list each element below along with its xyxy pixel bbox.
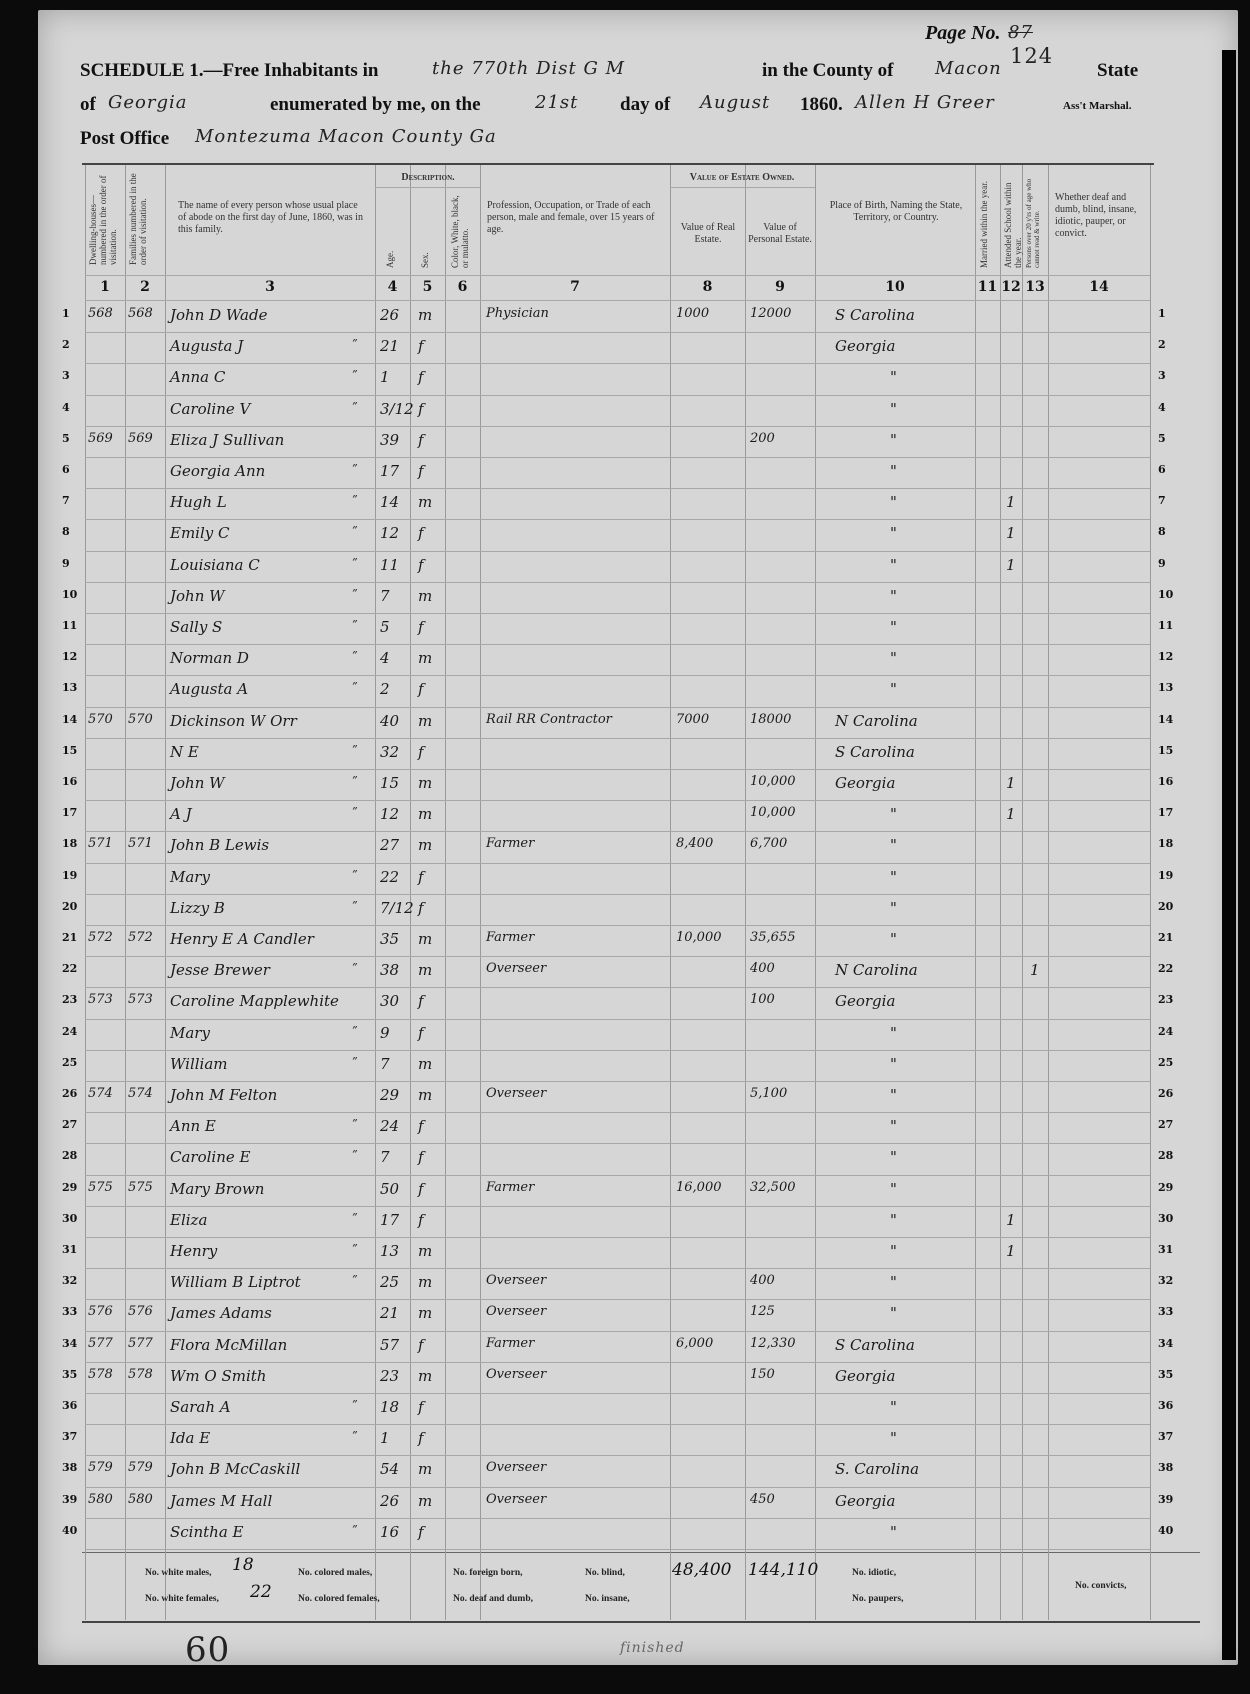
birthplace: S Carolina	[835, 743, 915, 761]
person-name: John B McCaskill	[170, 1460, 300, 1478]
age: 12	[380, 805, 399, 823]
row-number-right: 26	[1158, 1087, 1173, 1100]
ditto-mark: ”	[352, 1117, 358, 1130]
sex: f	[418, 680, 424, 698]
age: 39	[380, 431, 399, 449]
age: 4	[380, 649, 390, 667]
ditto-mark: ”	[352, 774, 358, 787]
deaf-dumb-label: No. deaf and dumb,	[453, 1594, 533, 1604]
col5-header: Sex.	[420, 240, 434, 268]
sex: f	[418, 556, 424, 574]
sex: m	[418, 712, 432, 730]
birthplace: "	[890, 899, 897, 917]
person-name: John B Lewis	[170, 836, 269, 854]
person-name: Caroline V	[170, 400, 250, 418]
person-name: Sally S	[170, 618, 222, 636]
person-name: John W	[170, 587, 225, 605]
foreign-born-label: No. foreign born,	[453, 1568, 523, 1578]
row-number-right: 3	[1158, 369, 1166, 382]
column-rule	[375, 165, 376, 1620]
row-number-left: 10	[62, 588, 77, 601]
age: 26	[380, 1492, 399, 1510]
person-name: William B Liptrot	[170, 1273, 301, 1291]
sex: f	[418, 618, 424, 636]
attended-school: 1	[1006, 774, 1016, 792]
occupation: Overseer	[486, 1086, 546, 1101]
birthplace: Georgia	[835, 992, 895, 1010]
column-number: 14	[1048, 279, 1150, 295]
occupation: Farmer	[486, 1336, 534, 1351]
birthplace: S Carolina	[835, 306, 915, 324]
row-rule	[85, 738, 1150, 739]
dwelling-number: 568	[88, 306, 113, 321]
row-number-right: 20	[1158, 900, 1173, 913]
row-rule	[85, 488, 1150, 489]
age: 15	[380, 774, 399, 792]
row-number-left: 19	[62, 869, 77, 882]
day-of-label: day of	[620, 94, 670, 116]
person-name: Hugh L	[170, 493, 227, 511]
sex: m	[418, 1367, 432, 1385]
sex: m	[418, 1086, 432, 1104]
sex: f	[418, 1429, 424, 1447]
family-number: 569	[128, 431, 153, 446]
row-rule	[85, 1175, 1150, 1176]
row-number-right: 39	[1158, 1493, 1173, 1506]
occupation: Rail RR Contractor	[486, 712, 612, 727]
row-rule	[85, 275, 1150, 276]
ditto-mark: ”	[352, 462, 358, 475]
row-number-right: 19	[1158, 869, 1173, 882]
ditto-mark: ”	[352, 556, 358, 569]
row-rule	[85, 395, 1150, 396]
person-name: Georgia Ann	[170, 462, 265, 480]
family-number: 574	[128, 1086, 153, 1101]
row-rule	[85, 1518, 1150, 1519]
sex: f	[418, 1024, 424, 1042]
person-name: John W	[170, 774, 225, 792]
row-rule	[85, 1237, 1150, 1238]
birthplace: "	[890, 1086, 897, 1104]
person-name: William	[170, 1055, 228, 1073]
page-number: 124	[1010, 44, 1053, 68]
sex: m	[418, 1055, 432, 1073]
dwelling-number: 579	[88, 1460, 113, 1475]
birthplace: "	[890, 556, 897, 574]
age: 7	[380, 587, 390, 605]
person-name: Louisiana C	[170, 556, 260, 574]
blind-label: No. blind,	[585, 1568, 625, 1578]
col9-header: Value of Personal Estate.	[748, 222, 812, 246]
column-rule	[1000, 165, 1001, 1620]
row-number-left: 30	[62, 1212, 77, 1225]
row-number-right: 28	[1158, 1149, 1173, 1162]
sex: m	[418, 930, 432, 948]
ditto-mark: ”	[352, 1055, 358, 1068]
age: 57	[380, 1336, 399, 1354]
column-rule	[480, 165, 481, 1620]
row-number-left: 36	[62, 1399, 77, 1412]
sex: f	[418, 868, 424, 886]
dwelling-number: 572	[88, 930, 113, 945]
sex: f	[418, 368, 424, 386]
row-rule	[85, 1487, 1150, 1488]
column-number: 12	[1000, 279, 1022, 295]
row-number-right: 9	[1158, 557, 1166, 570]
dwelling-number: 569	[88, 431, 113, 446]
person-name: Lizzy B	[170, 899, 225, 917]
row-number-right: 34	[1158, 1337, 1173, 1350]
col11-header: Married within the year.	[979, 172, 997, 268]
occupation: Overseer	[486, 961, 546, 976]
age: 18	[380, 1398, 399, 1416]
age: 40	[380, 712, 399, 730]
column-rule	[445, 165, 446, 1620]
person-name: Augusta J	[170, 337, 243, 355]
row-rule	[85, 551, 1150, 552]
personal-estate-value: 12,330	[750, 1336, 796, 1351]
row-number-left: 33	[62, 1305, 77, 1318]
dwelling-number: 577	[88, 1336, 113, 1351]
birthplace: "	[890, 1024, 897, 1042]
dwelling-number: 575	[88, 1180, 113, 1195]
row-number-left: 40	[62, 1524, 77, 1537]
attended-school: 1	[1006, 805, 1016, 823]
state-label: State	[1097, 60, 1138, 82]
person-name: Sarah A	[170, 1398, 231, 1416]
row-rule	[85, 426, 1150, 427]
table-top-rule	[82, 163, 1154, 165]
convicts-label: No. convicts,	[1075, 1581, 1126, 1591]
ditto-mark: ”	[352, 524, 358, 537]
birthplace: "	[890, 930, 897, 948]
row-number-left: 20	[62, 900, 77, 913]
ditto-mark: ”	[352, 493, 358, 506]
page-number-struck: 87	[1008, 22, 1033, 43]
age: 30	[380, 992, 399, 1010]
ditto-mark: ”	[352, 1242, 358, 1255]
birthplace: "	[890, 1180, 897, 1198]
row-number-left: 32	[62, 1274, 77, 1287]
birthplace: "	[890, 400, 897, 418]
person-name: A J	[170, 805, 192, 823]
row-number-right: 11	[1158, 619, 1173, 632]
row-number-right: 40	[1158, 1524, 1173, 1537]
row-number-left: 8	[62, 525, 70, 538]
person-name: Caroline E	[170, 1148, 250, 1166]
footer-count: 60	[185, 1630, 230, 1670]
column-number: 10	[815, 279, 975, 295]
row-rule	[85, 1362, 1150, 1363]
person-name: James Adams	[170, 1304, 272, 1322]
birthplace: "	[890, 1242, 897, 1260]
age: 7	[380, 1055, 390, 1073]
sex: f	[418, 337, 424, 355]
row-number-left: 4	[62, 401, 70, 414]
row-rule	[85, 1393, 1150, 1394]
person-name: Ann E	[170, 1117, 216, 1135]
row-number-right: 4	[1158, 401, 1166, 414]
row-number-right: 6	[1158, 463, 1166, 476]
row-rule	[85, 956, 1150, 957]
age: 17	[380, 462, 399, 480]
dwelling-number: 574	[88, 1086, 113, 1101]
row-number-right: 16	[1158, 775, 1173, 788]
attended-school: 1	[1006, 493, 1016, 511]
real-estate-value: 6,000	[676, 1336, 713, 1351]
row-number-right: 5	[1158, 432, 1166, 445]
birthplace: Georgia	[835, 1492, 895, 1510]
dwelling-number: 571	[88, 836, 113, 851]
birthplace: Georgia	[835, 337, 895, 355]
summary-top-rule	[82, 1552, 1200, 1553]
family-number: 571	[128, 836, 153, 851]
row-number-left: 12	[62, 650, 77, 663]
birthplace: N Carolina	[835, 712, 918, 730]
row-number-left: 15	[62, 744, 77, 757]
row-number-left: 2	[62, 338, 70, 351]
paupers-label: No. paupers,	[852, 1594, 903, 1604]
page-number-label: Page No.	[925, 22, 1001, 45]
birthplace: "	[890, 1398, 897, 1416]
row-number-left: 26	[62, 1087, 77, 1100]
row-number-left: 11	[62, 619, 77, 632]
attended-school: 1	[1006, 1242, 1016, 1260]
column-rule	[1150, 165, 1151, 1620]
personal-estate-value: 6,700	[750, 836, 787, 851]
row-number-left: 39	[62, 1493, 77, 1506]
personal-estate-value: 400	[750, 1273, 775, 1288]
birthplace: "	[890, 587, 897, 605]
birthplace: "	[890, 493, 897, 511]
person-name: Eliza	[170, 1211, 207, 1229]
row-number-left: 22	[62, 962, 77, 975]
column-rule	[410, 165, 411, 1620]
row-rule	[85, 519, 1150, 520]
sex: m	[418, 836, 432, 854]
row-number-right: 25	[1158, 1056, 1173, 1069]
occupation: Physician	[486, 306, 549, 321]
col2-header: Families numbered in the order of visita…	[128, 170, 160, 265]
person-name: Ida E	[170, 1429, 210, 1447]
row-rule	[85, 769, 1150, 770]
row-rule	[85, 457, 1150, 458]
person-name: Mary	[170, 1024, 210, 1042]
year-label: 1860.	[800, 94, 843, 116]
insane-label: No. insane,	[585, 1594, 630, 1604]
person-name: Wm O Smith	[170, 1367, 266, 1385]
birthplace: S Carolina	[835, 1336, 915, 1354]
age: 17	[380, 1211, 399, 1229]
column-rule	[1022, 165, 1023, 1620]
row-number-left: 16	[62, 775, 77, 788]
family-number: 580	[128, 1492, 153, 1507]
person-name: Mary Brown	[170, 1180, 264, 1198]
row-number-left: 35	[62, 1368, 77, 1381]
personal-estate-value: 100	[750, 992, 775, 1007]
column-rule	[670, 165, 671, 1620]
age: 26	[380, 306, 399, 324]
family-number: 579	[128, 1460, 153, 1475]
attended-school: 1	[1006, 556, 1016, 574]
birthplace: "	[890, 836, 897, 854]
birthplace: "	[890, 1148, 897, 1166]
dwelling-number: 578	[88, 1367, 113, 1382]
column-rule	[125, 165, 126, 1620]
sex: m	[418, 587, 432, 605]
row-rule	[85, 363, 1150, 364]
age: 1	[380, 368, 390, 386]
row-number-right: 13	[1158, 681, 1173, 694]
occupation: Overseer	[486, 1492, 546, 1507]
row-rule	[85, 1112, 1150, 1113]
person-name: Anna C	[170, 368, 225, 386]
row-number-left: 18	[62, 837, 77, 850]
sex: m	[418, 961, 432, 979]
birthplace: Georgia	[835, 1367, 895, 1385]
row-number-right: 8	[1158, 525, 1166, 538]
age: 25	[380, 1273, 399, 1291]
person-name: Henry	[170, 1242, 217, 1260]
person-name: N E	[170, 743, 199, 761]
row-number-left: 38	[62, 1461, 77, 1474]
row-number-right: 31	[1158, 1243, 1173, 1256]
attended-school: 1	[1006, 1211, 1016, 1229]
sex: m	[418, 805, 432, 823]
row-number-left: 27	[62, 1118, 77, 1131]
row-rule	[85, 831, 1150, 832]
person-name: John M Felton	[170, 1086, 277, 1104]
column-number: 4	[375, 279, 410, 295]
sex: f	[418, 1336, 424, 1354]
personal-estate-value: 200	[750, 431, 775, 446]
ditto-mark: ”	[352, 1398, 358, 1411]
column-number: 5	[410, 279, 445, 295]
row-rule	[85, 800, 1150, 801]
schedule-title: SCHEDULE 1.—Free Inhabitants in	[80, 60, 378, 82]
description-group-header: Description.	[378, 172, 478, 184]
person-name: Caroline Mapplewhite	[170, 992, 339, 1010]
personal-estate-value: 450	[750, 1492, 775, 1507]
sex: f	[418, 1211, 424, 1229]
sex: m	[418, 1242, 432, 1260]
birthplace: "	[890, 1429, 897, 1447]
header-rule	[85, 300, 1150, 301]
ditto-mark: ”	[352, 400, 358, 413]
row-rule	[85, 894, 1150, 895]
row-number-right: 1	[1158, 307, 1166, 320]
row-number-left: 3	[62, 369, 70, 382]
family-number: 568	[128, 306, 153, 321]
sex: f	[418, 1117, 424, 1135]
age: 22	[380, 868, 399, 886]
row-number-right: 22	[1158, 962, 1173, 975]
row-rule	[85, 1019, 1150, 1020]
ditto-mark: ”	[352, 1211, 358, 1224]
personal-estate-value: 5,100	[750, 1086, 787, 1101]
age: 27	[380, 836, 399, 854]
real-estate-value: 10,000	[676, 930, 722, 945]
page-edge-shadow	[1222, 50, 1236, 1660]
real-estate-value: 16,000	[676, 1180, 722, 1195]
ditto-mark: ”	[352, 337, 358, 350]
col1-header: Dwelling-houses—numbered in the order of…	[88, 170, 120, 265]
ditto-mark: ”	[352, 680, 358, 693]
age: 2	[380, 680, 390, 698]
personal-estate-value: 10,000	[750, 774, 796, 789]
sex: f	[418, 743, 424, 761]
white-males-label: No. white males,	[145, 1568, 212, 1578]
row-number-left: 28	[62, 1149, 77, 1162]
col12-header: Attended School within the year.	[1003, 172, 1021, 268]
col6-header: Color, White, black, or mulatto.	[450, 190, 478, 268]
sex: f	[418, 462, 424, 480]
group-rule	[670, 187, 815, 188]
column-rule	[815, 165, 816, 1620]
col8-header: Value of Real Estate.	[674, 222, 742, 246]
row-number-left: 31	[62, 1243, 77, 1256]
sex: f	[418, 431, 424, 449]
person-name: Eliza J Sullivan	[170, 431, 284, 449]
row-number-right: 18	[1158, 837, 1173, 850]
row-rule	[85, 707, 1150, 708]
row-number-right: 24	[1158, 1025, 1173, 1038]
birthplace: "	[890, 1211, 897, 1229]
personal-estate-value: 150	[750, 1367, 775, 1382]
birthplace: S. Carolina	[835, 1460, 919, 1478]
personal-estate-value: 18000	[750, 712, 791, 727]
column-rule	[85, 165, 86, 1620]
sex: f	[418, 524, 424, 542]
row-rule	[85, 1268, 1150, 1269]
family-number: 575	[128, 1180, 153, 1195]
column-number: 9	[745, 279, 815, 295]
post-office-label: Post Office	[80, 128, 169, 150]
birthplace: "	[890, 805, 897, 823]
occupation: Farmer	[486, 1180, 534, 1195]
ditto-mark: ”	[352, 1148, 358, 1161]
column-number: 13	[1022, 279, 1048, 295]
person-name: Mary	[170, 868, 210, 886]
row-rule	[85, 1081, 1150, 1082]
row-number-right: 37	[1158, 1430, 1173, 1443]
sex: m	[418, 493, 432, 511]
row-number-right: 36	[1158, 1399, 1173, 1412]
row-number-right: 12	[1158, 650, 1173, 663]
row-number-right: 2	[1158, 338, 1166, 351]
row-rule	[85, 1143, 1150, 1144]
occupation: Overseer	[486, 1460, 546, 1475]
dwelling-number: 570	[88, 712, 113, 727]
row-number-left: 34	[62, 1337, 77, 1350]
birthplace: "	[890, 680, 897, 698]
estate-group-header: Value of Estate Owned.	[672, 172, 812, 184]
cannot-read-write: 1	[1030, 961, 1040, 979]
col3-header: The name of every person whose usual pla…	[178, 200, 368, 236]
ditto-mark: ”	[352, 1273, 358, 1286]
birthplace: "	[890, 524, 897, 542]
family-number: 573	[128, 992, 153, 1007]
occupation: Farmer	[486, 836, 534, 851]
ditto-mark: ”	[352, 1024, 358, 1037]
county-label: in the County of	[762, 60, 893, 82]
white-males-value: 18	[232, 1555, 254, 1575]
sex: f	[418, 899, 424, 917]
month-value: August	[700, 92, 770, 113]
person-name: Dickinson W Orr	[170, 712, 297, 730]
age: 12	[380, 524, 399, 542]
colored-females-label: No. colored females,	[298, 1594, 380, 1604]
